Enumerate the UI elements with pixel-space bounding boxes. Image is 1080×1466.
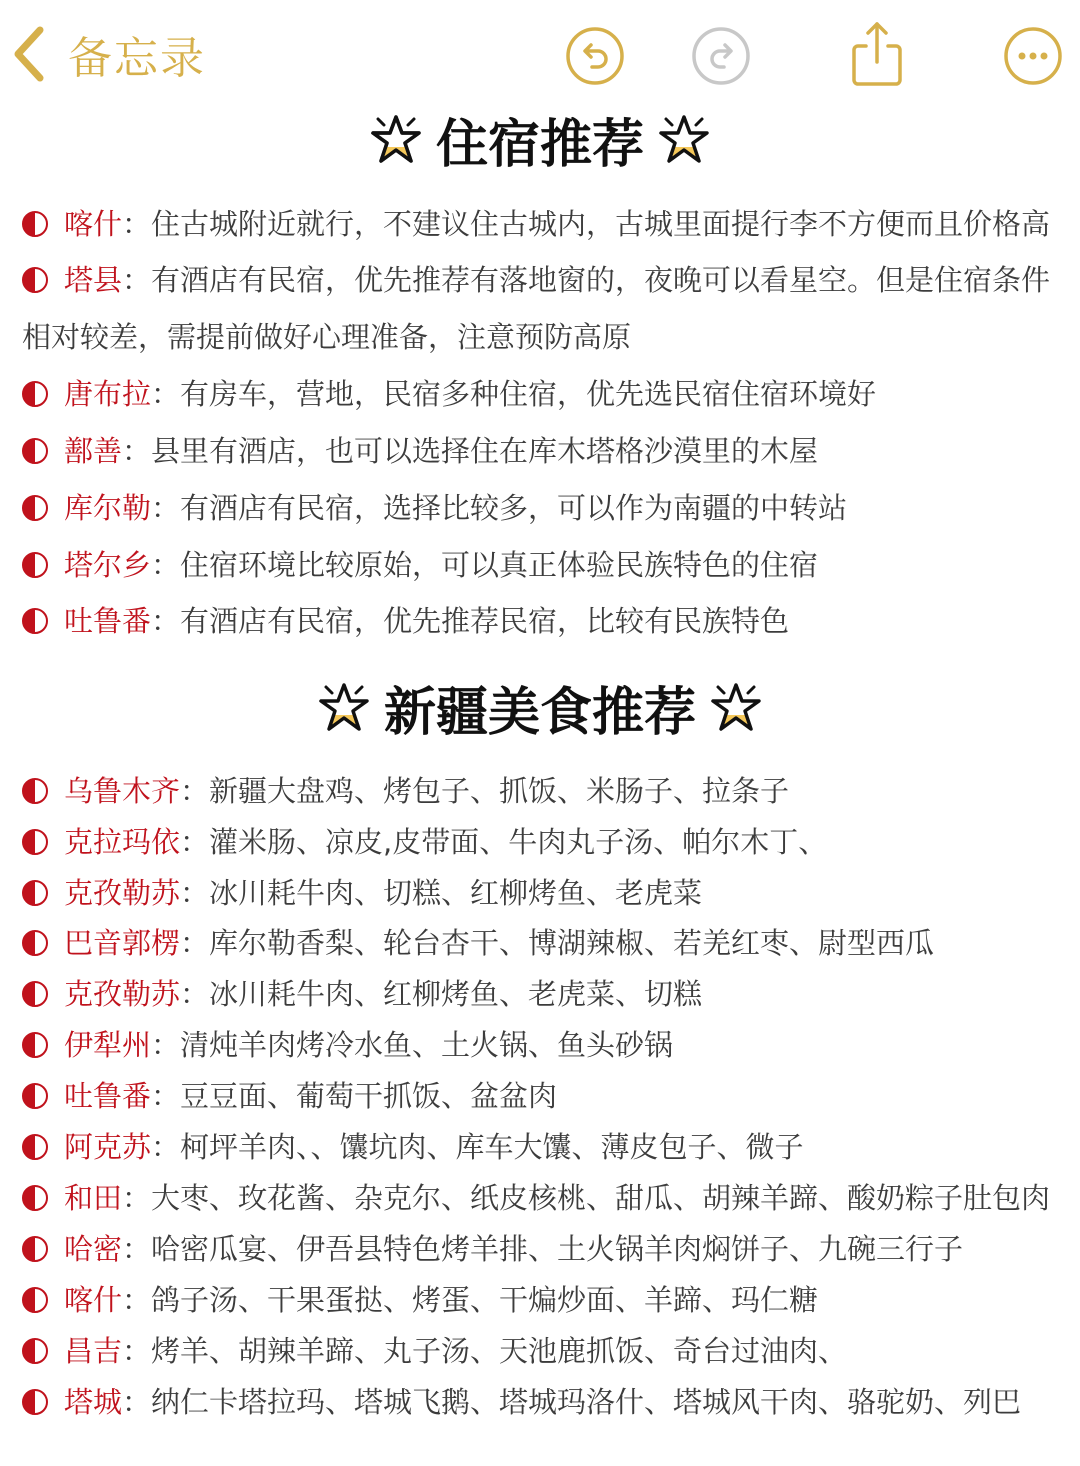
list-item: 塔尔乡：住宿环境比较原始，可以真正体验民族特色的住宿 (22, 546, 1060, 584)
item-text: 住宿环境比较原始，可以真正体验民族特色的住宿 (180, 548, 818, 582)
place-name: 吐鲁番 (64, 1079, 151, 1113)
place-name: 鄯善 (64, 434, 122, 468)
list-item: 塔县：有酒店有民宿，优先推荐有落地窗的，夜晚可以看星空。但是住宿条件相对较差，需… (22, 252, 1057, 366)
item-text: 烤羊、胡辣羊蹄、丸子汤、天池鹿抓饭、奇台过油肉、 (151, 1334, 847, 1368)
item-text: 哈密瓜宴、伊吾县特色烤羊排、土火锅羊肉焖饼子、九碗三行子 (151, 1232, 963, 1266)
place-name: 吐鲁番 (64, 604, 151, 638)
place-name: 塔县 (64, 263, 122, 297)
half-circle-bullet-icon (22, 1083, 48, 1109)
item-text: 柯坪羊肉、、馕坑肉、库车大馕、薄皮包子、微子 (180, 1130, 804, 1164)
item-text: 冰川耗牛肉、红柳烤鱼、老虎菜、切糕 (209, 977, 702, 1011)
place-name: 喀什 (64, 207, 122, 241)
redo-button[interactable] (690, 25, 752, 87)
undo-icon (564, 25, 626, 87)
item-text: 纳仁卡塔拉玛、塔城飞鹅、塔城玛洛什、塔城风干肉、骆驼奶、列巴 (151, 1385, 1021, 1419)
back-button[interactable]: 备忘录 (10, 22, 206, 86)
item-text: 住古城附近就行，不建议住古城内，古城里面提行李不方便而且价格高 (151, 207, 1050, 241)
share-icon (846, 18, 908, 88)
list-item: 唐布拉：有房车，营地，民宿多种住宿，优先选民宿住宿环境好 (22, 375, 1060, 413)
half-circle-bullet-icon (22, 1338, 48, 1364)
half-circle-bullet-icon (22, 930, 48, 956)
list-item: 克孜勒苏：冰川耗牛肉、切糕、红柳烤鱼、老虎菜 (22, 874, 1060, 912)
list-item: 阿克苏：柯坪羊肉、、馕坑肉、库车大馕、薄皮包子、微子 (22, 1128, 1060, 1166)
item-text: 灌米肠、凉皮,皮带面、牛肉丸子汤、帕尔木丁、 (209, 825, 827, 859)
place-name: 阿克苏 (64, 1130, 151, 1164)
item-text: 县里有酒店，也可以选择住在库木塔格沙漠里的木屋 (151, 434, 818, 468)
item-text: 新疆大盘鸡、烤包子、抓饭、米肠子、拉条子 (209, 774, 789, 808)
place-name: 唐布拉 (64, 377, 151, 411)
half-circle-bullet-icon (22, 880, 48, 906)
list-item: 和田：大枣、玫花酱、杂克尔、纸皮核桃、甜瓜、胡辣羊蹄、酸奶粽子肚包肉 (22, 1179, 1060, 1217)
place-name: 乌鲁木齐 (64, 774, 180, 808)
half-circle-bullet-icon (22, 552, 48, 578)
list-item: 伊犁州：清炖羊肉烤冷水鱼、土火锅、鱼头砂锅 (22, 1026, 1060, 1064)
half-circle-bullet-icon (22, 608, 48, 634)
list-item: 乌鲁木齐：新疆大盘鸡、烤包子、抓饭、米肠子、拉条子 (22, 772, 1060, 810)
half-circle-bullet-icon (22, 1236, 48, 1262)
place-name: 巴音郭楞 (64, 926, 180, 960)
item-text: 库尔勒香梨、轮台杏干、博湖辣椒、若羌红枣、尉型西瓜 (209, 926, 934, 960)
item-text: 冰川耗牛肉、切糕、红柳烤鱼、老虎菜 (209, 876, 702, 910)
list-item: 巴音郭楞：库尔勒香梨、轮台杏干、博湖辣椒、若羌红枣、尉型西瓜 (22, 924, 1060, 962)
list-item: 昌吉：烤羊、胡辣羊蹄、丸子汤、天池鹿抓饭、奇台过油肉、 (22, 1332, 1060, 1370)
undo-button[interactable] (564, 25, 626, 87)
section-title-food: 新疆美食推荐 (0, 674, 1080, 740)
half-circle-bullet-icon (22, 1032, 48, 1058)
section-title-lodging: 住宿推荐 (0, 106, 1080, 172)
star-icon (706, 679, 766, 735)
half-circle-bullet-icon (22, 1389, 48, 1415)
list-item: 哈密：哈密瓜宴、伊吾县特色烤羊排、土火锅羊肉焖饼子、九碗三行子 (22, 1230, 1060, 1268)
item-text: 大枣、玫花酱、杂克尔、纸皮核桃、甜瓜、胡辣羊蹄、酸奶粽子肚包肉 (151, 1181, 1050, 1215)
half-circle-bullet-icon (22, 495, 48, 521)
half-circle-bullet-icon (22, 1134, 48, 1160)
list-item: 吐鲁番：豆豆面、葡萄干抓饭、盆盆肉 (22, 1077, 1060, 1115)
star-icon (366, 111, 426, 167)
half-circle-bullet-icon (22, 981, 48, 1007)
item-text: 有房车，营地，民宿多种住宿，优先选民宿住宿环境好 (180, 377, 876, 411)
nav-bar: 备忘录 (0, 0, 1080, 105)
place-name: 库尔勒 (64, 491, 151, 525)
list-item: 鄯善：县里有酒店，也可以选择住在库木塔格沙漠里的木屋 (22, 432, 1060, 470)
place-name: 克拉玛依 (64, 825, 180, 859)
place-name: 昌吉 (64, 1334, 122, 1368)
item-text: 清炖羊肉烤冷水鱼、土火锅、鱼头砂锅 (180, 1028, 673, 1062)
half-circle-bullet-icon (22, 267, 48, 293)
place-name: 喀什 (64, 1283, 122, 1317)
half-circle-bullet-icon (22, 381, 48, 407)
back-label: 备忘录 (68, 22, 206, 86)
place-name: 伊犁州 (64, 1028, 151, 1062)
list-item: 克孜勒苏：冰川耗牛肉、红柳烤鱼、老虎菜、切糕 (22, 975, 1060, 1013)
list-item: 塔城：纳仁卡塔拉玛、塔城飞鹅、塔城玛洛什、塔城风干肉、骆驼奶、列巴 (22, 1383, 1060, 1421)
section-title-text: 住宿推荐 (436, 102, 644, 177)
share-button[interactable] (846, 18, 908, 88)
item-text: 鸽子汤、干果蛋挞、烤蛋、干煸炒面、羊蹄、玛仁糖 (151, 1283, 818, 1317)
place-name: 塔城 (64, 1385, 122, 1419)
more-button[interactable] (1002, 25, 1064, 87)
list-item: 克拉玛依：灌米肠、凉皮,皮带面、牛肉丸子汤、帕尔木丁、 (22, 823, 1060, 861)
half-circle-bullet-icon (22, 211, 48, 237)
item-text: 豆豆面、葡萄干抓饭、盆盆肉 (180, 1079, 557, 1113)
more-icon (1002, 25, 1064, 87)
section-title-text: 新疆美食推荐 (384, 670, 696, 745)
item-text: 有酒店有民宿，优先推荐有落地窗的，夜晚可以看星空。但是住宿条件相对较差，需提前做… (22, 263, 1050, 354)
half-circle-bullet-icon (22, 438, 48, 464)
list-item: 吐鲁番：有酒店有民宿，优先推荐民宿，比较有民族特色 (22, 602, 1060, 640)
half-circle-bullet-icon (22, 1185, 48, 1211)
place-name: 塔尔乡 (64, 548, 151, 582)
star-icon (654, 111, 714, 167)
half-circle-bullet-icon (22, 1287, 48, 1313)
place-name: 克孜勒苏 (64, 977, 180, 1011)
half-circle-bullet-icon (22, 778, 48, 804)
list-item: 喀什：鸽子汤、干果蛋挞、烤蛋、干煸炒面、羊蹄、玛仁糖 (22, 1281, 1060, 1319)
half-circle-bullet-icon (22, 829, 48, 855)
item-text: 有酒店有民宿，优先推荐民宿，比较有民族特色 (180, 604, 789, 638)
list-item: 喀什：住古城附近就行，不建议住古城内，古城里面提行李不方便而且价格高 (22, 205, 1060, 243)
chevron-left-icon (10, 24, 50, 84)
place-name: 克孜勒苏 (64, 876, 180, 910)
star-icon (314, 679, 374, 735)
place-name: 哈密 (64, 1232, 122, 1266)
redo-icon (690, 25, 752, 87)
item-text: 有酒店有民宿，选择比较多，可以作为南疆的中转站 (180, 491, 847, 525)
list-item: 库尔勒：有酒店有民宿，选择比较多，可以作为南疆的中转站 (22, 489, 1060, 527)
place-name: 和田 (64, 1181, 122, 1215)
